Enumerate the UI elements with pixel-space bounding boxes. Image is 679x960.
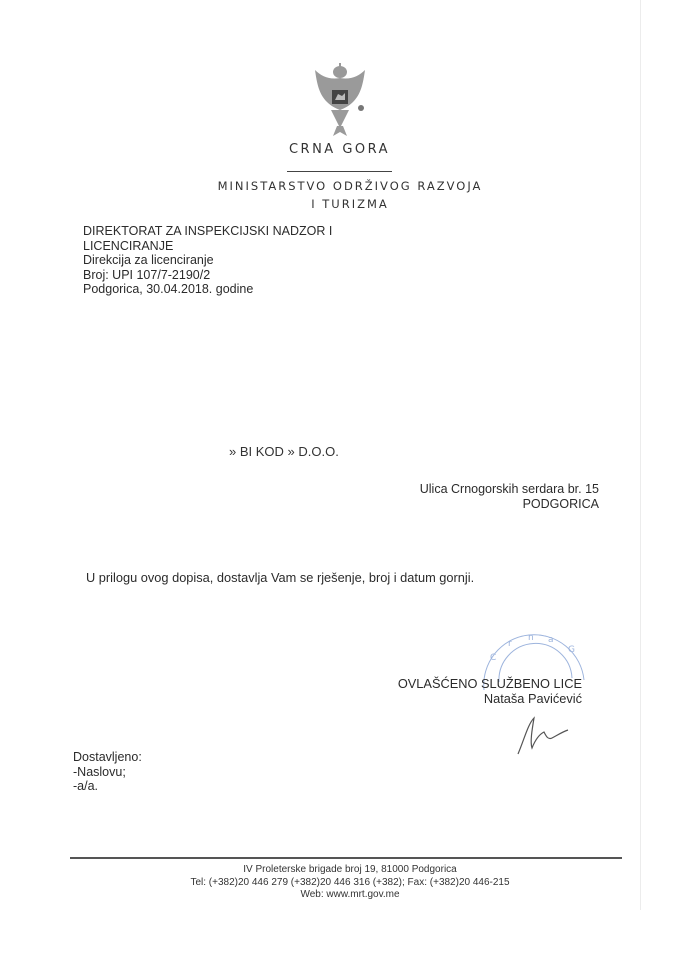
recipient-address: Ulica Crnogorskih serdara br. 15 PODGORI… xyxy=(420,482,599,512)
ministry-line-2: I TURIZMA xyxy=(0,195,679,213)
delivery-heading: Dostavljeno: xyxy=(73,750,142,765)
svg-text:C: C xyxy=(490,653,496,663)
scan-artifact-line xyxy=(640,0,641,910)
svg-text:G: G xyxy=(568,645,575,655)
header-divider xyxy=(287,171,392,172)
delivery-item: -a/a. xyxy=(73,779,142,794)
department-name: Direkcija za licenciranje xyxy=(83,253,332,268)
svg-text:r: r xyxy=(508,639,512,649)
directorate-line-2: LICENCIRANJE xyxy=(83,239,332,254)
signer-name: Nataša Pavićević xyxy=(398,691,582,706)
country-name: CRNA GORA xyxy=(0,142,679,157)
ministry-line-1: MINISTARSTVO ODRŽIVOG RAZVOJA xyxy=(0,177,679,195)
handwritten-signature-icon xyxy=(510,710,570,760)
delivery-list: Dostavljeno: -Naslovu; -a/a. xyxy=(73,750,142,794)
signature-block: OVLAŠĆENO SLUŽBENO LICE Nataša Pavićević xyxy=(398,676,582,706)
footer-phone: Tel: (+382)20 446 279 (+382)20 446 316 (… xyxy=(140,877,560,890)
footer: IV Proleterske brigade broj 19, 81000 Po… xyxy=(160,864,540,902)
sender-block: DIREKTORAT ZA INSPEKCIJSKI NADZOR I LICE… xyxy=(83,224,332,297)
delivery-item: -Naslovu; xyxy=(73,765,142,780)
recipient-street: Ulica Crnogorskih serdara br. 15 xyxy=(420,482,599,497)
recipient-city: PODGORICA xyxy=(420,497,599,512)
letter-body: U prilogu ovog dopisa, dostavlja Vam se … xyxy=(86,570,474,585)
svg-text:a: a xyxy=(548,635,554,645)
signer-title: OVLAŠĆENO SLUŽBENO LICE xyxy=(398,676,582,691)
place-and-date: Podgorica, 30.04.2018. godine xyxy=(83,282,332,297)
directorate-line-1: DIREKTORAT ZA INSPEKCIJSKI NADZOR I xyxy=(83,224,332,239)
svg-text:n: n xyxy=(528,633,534,643)
footer-divider xyxy=(70,857,622,859)
footer-address: IV Proleterske brigade broj 19, 81000 Po… xyxy=(160,864,540,877)
reference-number: Broj: UPI 107/7-2190/2 xyxy=(83,268,332,283)
footer-web: Web: www.mrt.gov.me xyxy=(160,889,540,902)
montenegro-coat-of-arms-icon xyxy=(309,62,371,138)
ministry-name: MINISTARSTVO ODRŽIVOG RAZVOJA I TURIZMA xyxy=(0,177,679,213)
recipient-name: » BI KOD » D.O.O. xyxy=(229,444,339,459)
